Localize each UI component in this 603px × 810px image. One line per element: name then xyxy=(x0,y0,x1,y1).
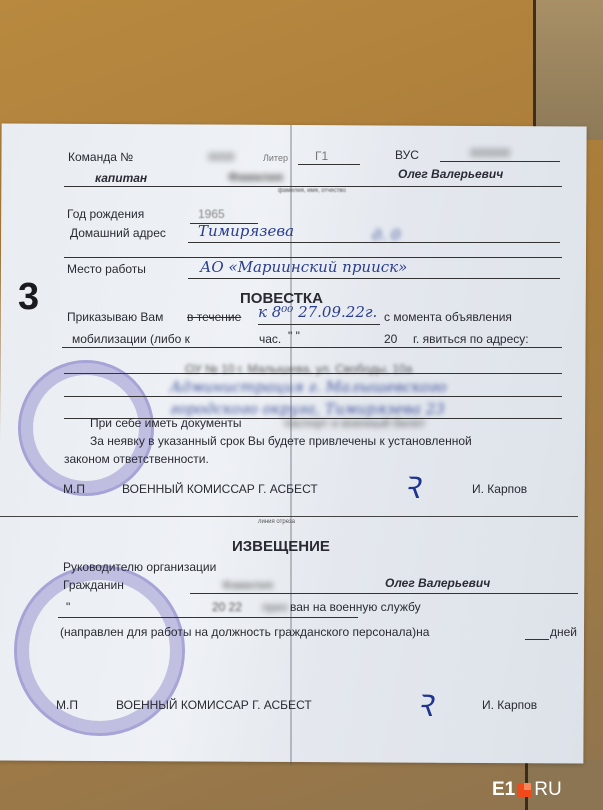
rank-value: капитан xyxy=(95,171,147,185)
vus-value: 000000 xyxy=(470,146,510,160)
year-prefix: 20 xyxy=(384,332,397,346)
seal-label: М.П xyxy=(63,482,85,496)
liter-label: Литер xyxy=(263,153,288,163)
birth-year-label: Год рождения xyxy=(67,207,144,221)
notice-date-quote: " xyxy=(66,600,70,614)
notice-seal-label: М.П xyxy=(56,698,78,712)
days-label: дней xyxy=(550,625,577,639)
notice-commissar-title: ВОЕННЫЙ КОМИССАР Г. АСБЕСТ xyxy=(116,698,312,712)
home-address-value: Тимирязева xyxy=(198,222,294,240)
to-head-text: Руководителю организации xyxy=(63,560,216,574)
report-to-address-text: г. явиться по адресу: xyxy=(413,332,529,346)
team-value: 0000 xyxy=(208,150,235,164)
called-text: ван на военную службу xyxy=(290,600,421,614)
team-label: Команда № xyxy=(68,150,133,164)
citizen-label: Гражданин xyxy=(63,578,124,592)
cut-line-label: линия отреза xyxy=(258,519,295,525)
citizen-name: Олег Валерьевич xyxy=(385,576,490,590)
documents-list: паспорт и военный билет xyxy=(284,416,425,430)
notice-commissar-signature: Ꝛ xyxy=(415,684,433,725)
surname-value: Фамилия xyxy=(228,170,283,184)
commissar-title: ВОЕННЫЙ КОМИССАР Г. АСБЕСТ xyxy=(122,482,318,496)
date-quote: " " xyxy=(288,329,300,343)
e1-domain-text: RU xyxy=(534,779,561,801)
appear-time-handwritten: к 8⁰⁰ 27.09.22г. xyxy=(258,303,377,321)
called-blur: приз xyxy=(262,600,287,614)
home-address-label: Домашний адрес xyxy=(70,226,166,240)
name-patronymic-value: Олег Валерьевич xyxy=(398,167,503,181)
order-text: Приказываю Вам xyxy=(67,310,163,324)
notice-date-year: 20 22 xyxy=(212,600,242,614)
warning-line-1: За неявку в указанный срок Вы будете при… xyxy=(90,434,472,448)
documents-text: При себе иметь документы xyxy=(90,416,242,430)
liter-value: Г1 xyxy=(315,149,328,163)
e1-square-icon xyxy=(517,783,531,797)
directed-text: (направлен для работы на должность гражд… xyxy=(60,625,429,639)
address-handwritten-line1: Администрация г. Малышевского xyxy=(170,378,447,396)
notice-title: ИЗВЕЩЕНИЕ xyxy=(232,538,330,555)
fio-caption: фамилия, имя, отчество xyxy=(278,188,346,194)
workplace-value: АО «Мариинский прииск» xyxy=(200,258,407,276)
birth-year-value: 1965 xyxy=(198,207,225,221)
background-surface-right xyxy=(533,0,603,140)
commissar-signature: Ꝛ xyxy=(402,466,420,507)
signer-name: И. Карпов xyxy=(472,482,527,496)
notice-signer-name: И. Карпов xyxy=(482,698,537,712)
citizen-surname: Фамилия xyxy=(222,578,273,592)
struck-text: в течение xyxy=(187,310,241,324)
e1-brand-text: E1 xyxy=(492,779,515,801)
workplace-label: Место работы xyxy=(67,262,146,276)
form-number: 3 xyxy=(18,276,39,319)
after-announcement-text: с момента объявления xyxy=(384,310,512,324)
e1-watermark-logo: E1 RU xyxy=(492,779,562,801)
warning-line-2: законом ответственности. xyxy=(64,452,209,466)
mobilization-text: мобилизации (либо к xyxy=(72,332,190,346)
hours-label: час. xyxy=(259,332,281,346)
vus-label: ВУС xyxy=(395,148,419,162)
